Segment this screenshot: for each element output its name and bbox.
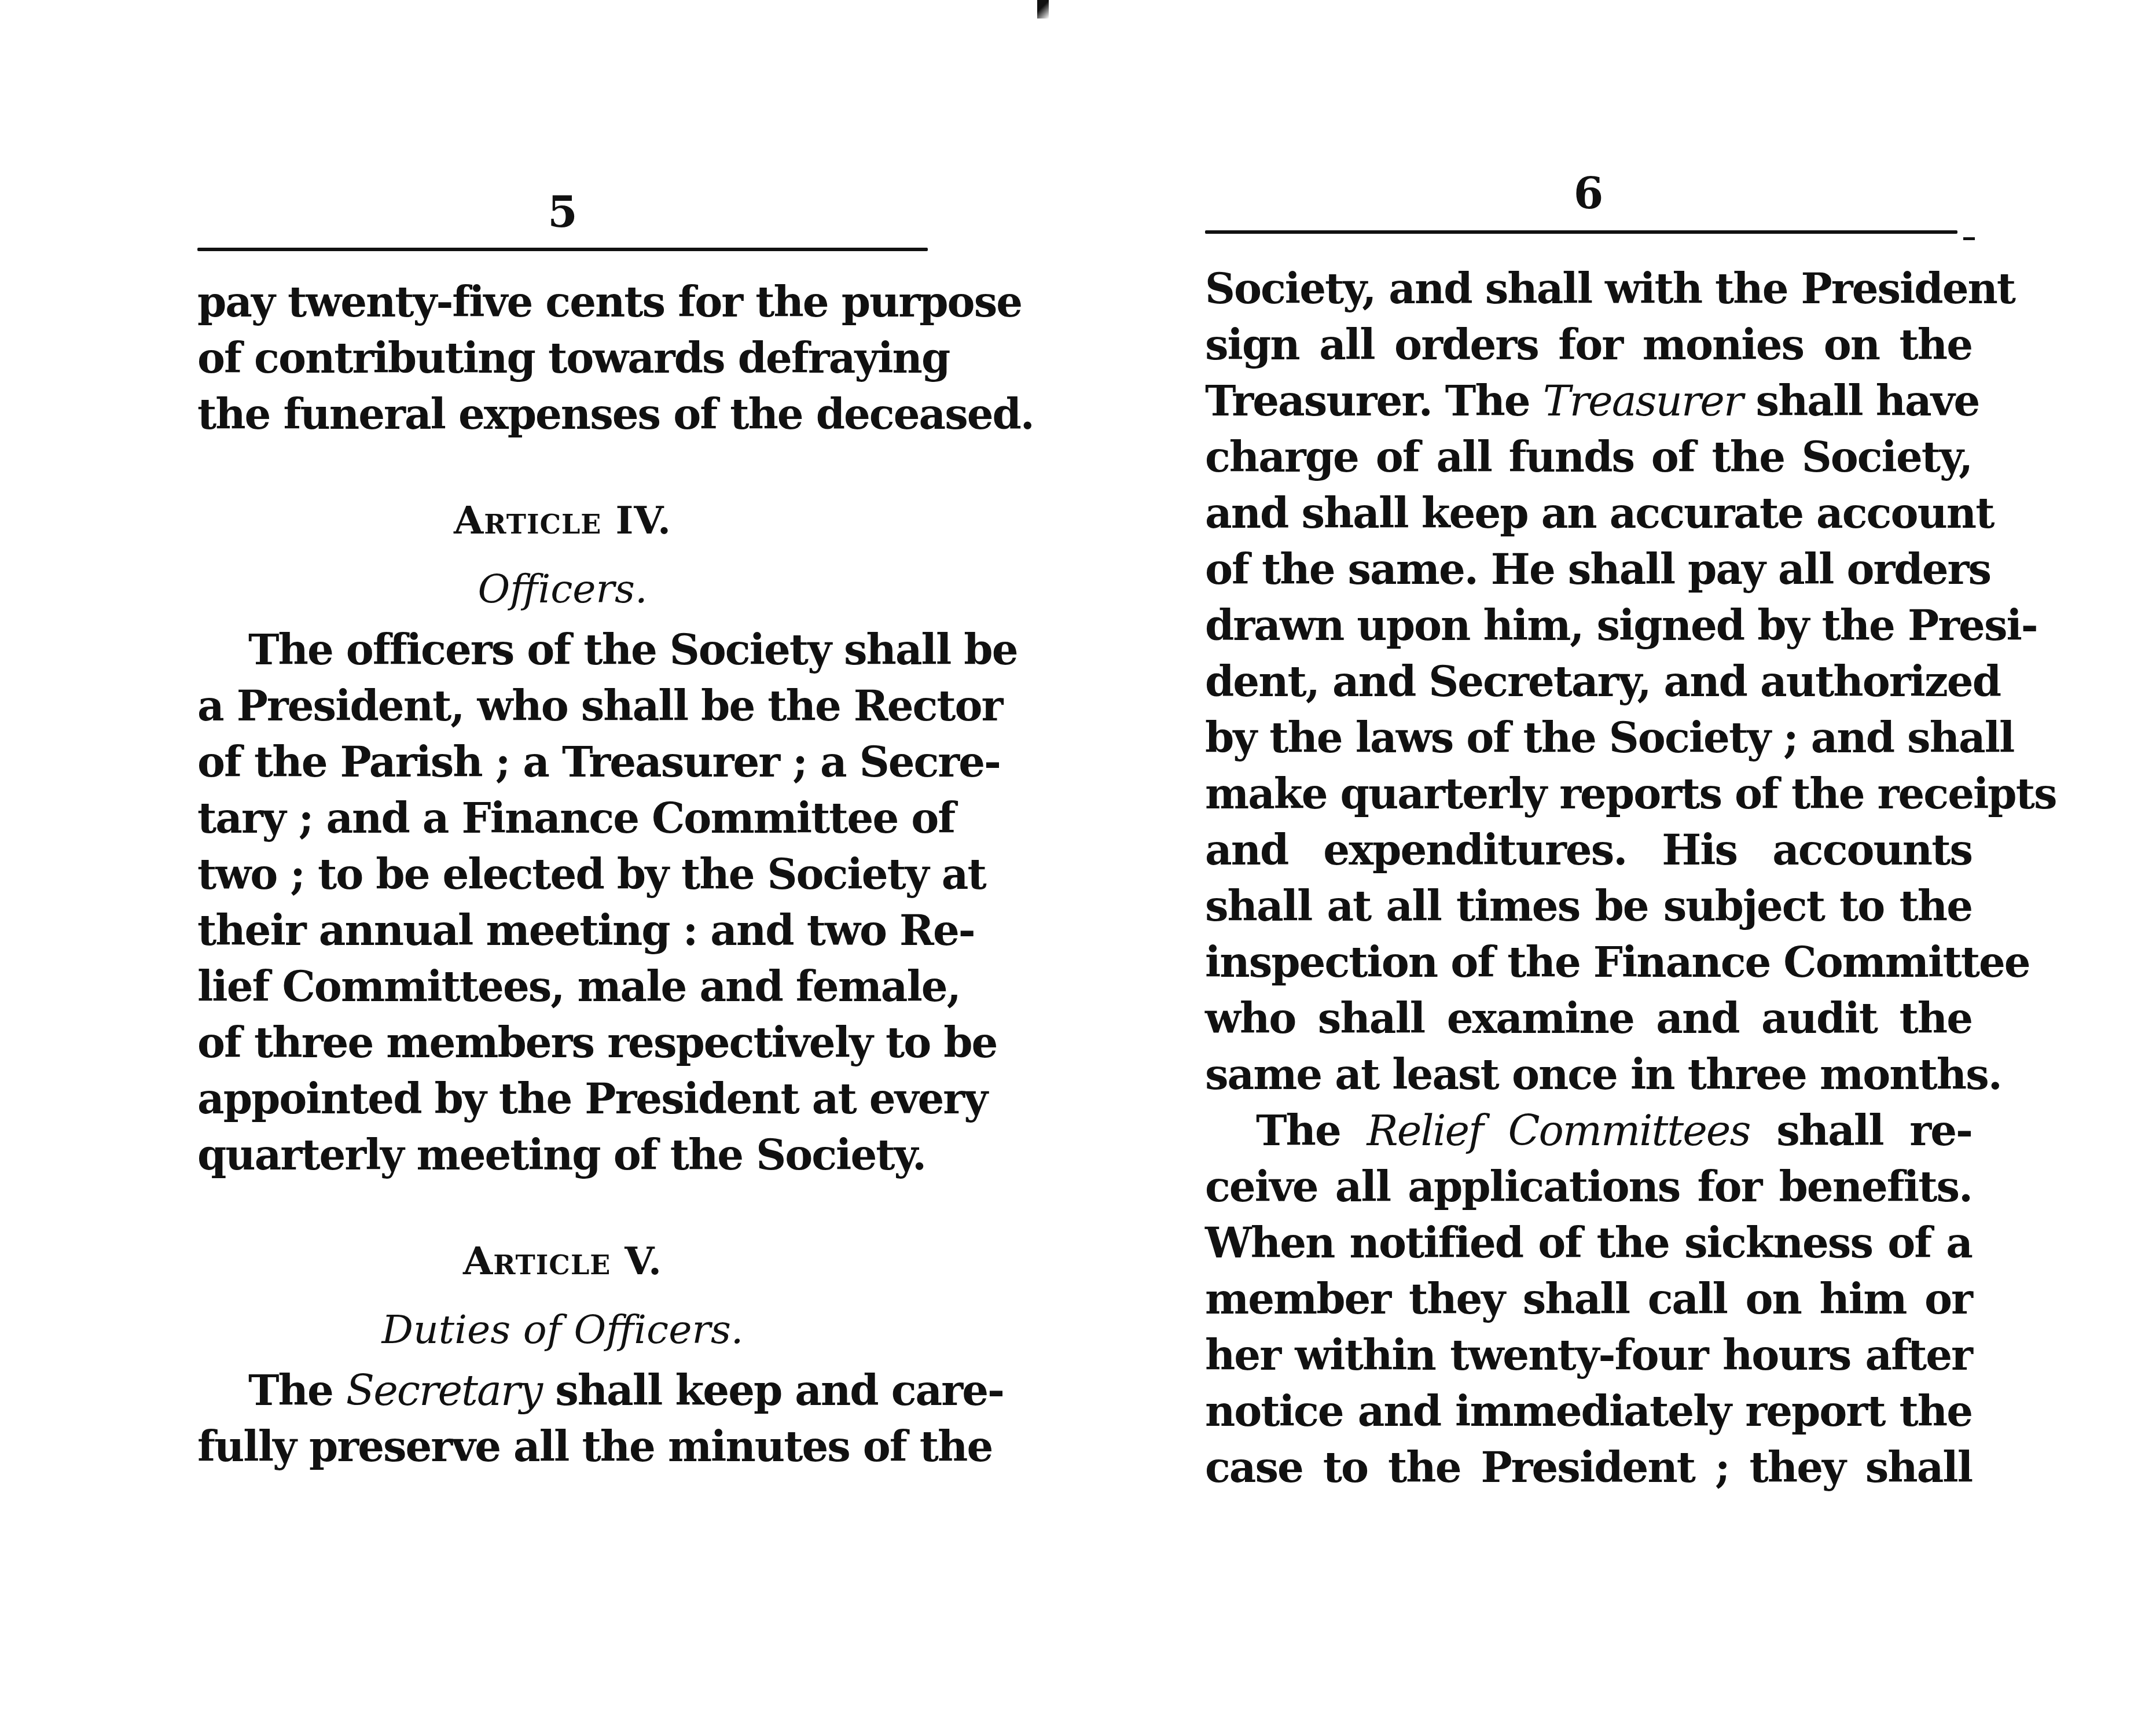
text-line: her within twenty-four hours after	[1205, 1327, 1972, 1383]
text-line: pay twenty-five cents for the purpose	[197, 274, 928, 330]
text-line: case to the President ; they shall	[1205, 1439, 1972, 1495]
article-numeral: IV.	[615, 498, 671, 543]
text-line: of three members respectively to be	[197, 1014, 928, 1071]
text-line: and shall keep an accurate account	[1205, 485, 1972, 541]
article-heading: Article V.	[197, 1223, 928, 1299]
text-line: tary ; and a Finance Committee of	[197, 790, 928, 846]
text-line: same at least once in three months.	[1205, 1046, 1972, 1102]
text-line: who shall examine and audit the	[1205, 990, 1972, 1046]
italic-term: Relief Committees	[1367, 1106, 1750, 1155]
text-run: shall have	[1742, 376, 1979, 425]
text-line: Treasurer. The Treasurer shall have	[1205, 373, 1972, 429]
header-rule	[1205, 230, 1957, 234]
text-run: The	[248, 1366, 346, 1415]
text-line: their annual meeting : and two Re-	[197, 902, 928, 958]
page-number: 6	[1205, 172, 1972, 215]
scan-artifact-mark	[1037, 0, 1049, 19]
text-line: member they shall call on him or	[1205, 1271, 1972, 1327]
text-line: of the Parish ; a Treasurer ; a Secre-	[197, 734, 928, 790]
text-line: sign all orders for monies on the	[1205, 317, 1972, 373]
italic-term: Secretary	[346, 1366, 542, 1415]
page-number: 5	[197, 191, 928, 234]
text-line: and expenditures. His accounts	[1205, 822, 1972, 878]
left-page-body: pay twenty-five cents for the purpose of…	[197, 274, 928, 1474]
text-line: shall at all times be subject to the	[1205, 878, 1972, 934]
text-line: The Secretary shall keep and care-	[197, 1362, 928, 1418]
article-subheading: Officers.	[197, 558, 928, 621]
text-line: appointed by the President at every	[197, 1071, 928, 1127]
text-line: notice and immediately report the	[1205, 1383, 1972, 1439]
text-line: drawn upon him, signed by the Presi-	[1205, 597, 1972, 653]
right-page-body: Society, and shall with the President si…	[1205, 260, 1972, 1495]
article-subheading: Duties of Officers.	[197, 1299, 928, 1362]
article-heading: Article IV.	[197, 483, 928, 558]
text-line: the funeral expenses of the deceased.	[197, 386, 928, 442]
text-line: of the same. He shall pay all orders	[1205, 541, 1972, 597]
article-numeral: V.	[625, 1238, 662, 1283]
text-line: When notified of the sickness of a	[1205, 1215, 1972, 1271]
text-run: The	[1256, 1106, 1367, 1155]
header-rule	[197, 248, 928, 251]
text-line: ceive all applications for benefits.	[1205, 1158, 1972, 1215]
text-line: quarterly meeting of the Society.	[197, 1127, 928, 1183]
text-line: make quarterly reports of the receipts	[1205, 766, 1972, 822]
rule-tick-mark	[1963, 237, 1975, 240]
text-line: Society, and shall with the President	[1205, 260, 1972, 317]
text-line: dent, and Secretary, and authorized	[1205, 653, 1972, 709]
text-line: inspection of the Finance Committee	[1205, 934, 1972, 990]
text-line: The Relief Committees shall re-	[1205, 1102, 1972, 1158]
text-run: shall re-	[1750, 1106, 1972, 1155]
text-run: Treasurer. The	[1205, 376, 1543, 425]
text-run: shall keep and care-	[542, 1366, 1004, 1415]
article-word: Article	[463, 1238, 611, 1283]
text-line: a President, who shall be the Rector	[197, 678, 928, 734]
text-line: of contributing towards defraying	[197, 330, 928, 386]
article-word: Article	[454, 498, 601, 543]
text-line: charge of all funds of the Society,	[1205, 429, 1972, 485]
text-line: The officers of the Society shall be	[197, 621, 928, 678]
text-line: by the laws of the Society ; and shall	[1205, 709, 1972, 766]
text-line: fully preserve all the minutes of the	[197, 1418, 928, 1474]
italic-term: Treasurer	[1543, 377, 1743, 425]
text-line: lief Committees, male and female,	[197, 958, 928, 1014]
text-line: two ; to be elected by the Society at	[197, 846, 928, 902]
